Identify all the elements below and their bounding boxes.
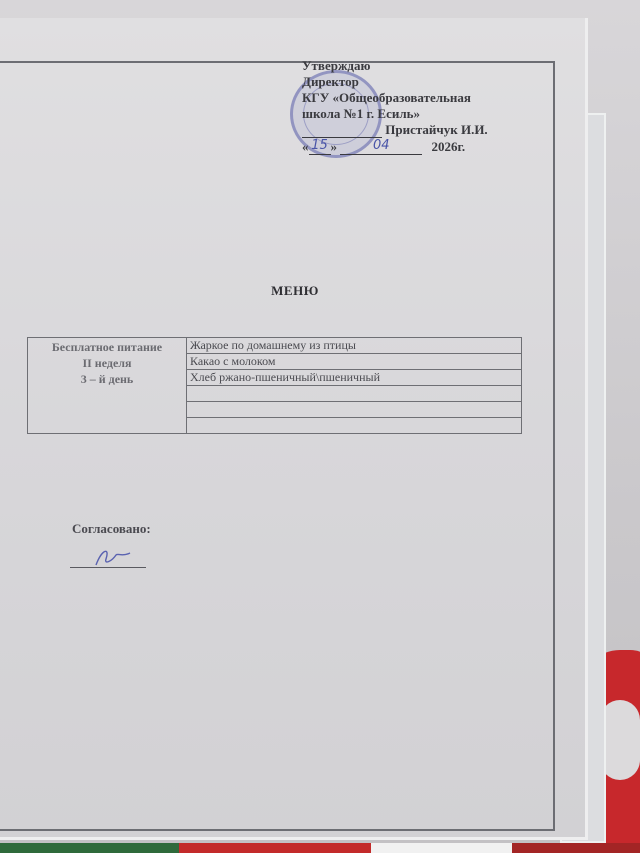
- approval-line-2: Директор: [302, 74, 542, 90]
- page-border: [0, 61, 555, 831]
- page-title: МЕНЮ: [240, 283, 350, 299]
- approval-line-1: Утверждаю: [302, 58, 542, 74]
- date-year: 2026г.: [426, 139, 466, 154]
- menu-item: Жаркое по домашнему из птицы: [187, 338, 522, 354]
- menu-category-cell: Бесплатное питание II неделя 3 – й день: [28, 338, 187, 434]
- approval-block: Утверждаю Директор КГУ «Общеобразователь…: [302, 58, 542, 155]
- menu-item: [187, 386, 522, 402]
- category-line-2: II неделя: [31, 355, 183, 371]
- table-row: Бесплатное питание II неделя 3 – й день …: [28, 338, 522, 354]
- date-line: «15» 04 2026г.: [302, 138, 542, 155]
- approval-line-3: КГУ «Общеобразовательная: [302, 90, 542, 106]
- menu-table: Бесплатное питание II неделя 3 – й день …: [27, 337, 522, 434]
- menu-item: [187, 402, 522, 418]
- menu-item: Какао с молоком: [187, 354, 522, 370]
- date-month: 04: [340, 138, 422, 155]
- signatory-line: Пристайчук И.И.: [302, 122, 542, 138]
- menu-item: [187, 418, 522, 434]
- white-decoration: [600, 700, 640, 780]
- approval-line-4: школа №1 г. Есиль»: [302, 106, 542, 122]
- colored-strip: [0, 843, 640, 853]
- category-line-3: 3 – й день: [31, 371, 183, 387]
- quote-close: »: [331, 139, 338, 154]
- date-day: 15: [309, 138, 331, 155]
- agreed-label: Согласовано:: [72, 521, 151, 537]
- menu-item: Хлеб ржано-пшеничный\пшеничный: [187, 370, 522, 386]
- signatory-name: Пристайчук И.И.: [385, 122, 487, 137]
- signature-scribble-icon: [92, 545, 132, 567]
- category-line-1: Бесплатное питание: [31, 339, 183, 355]
- agreed-signature-line: [70, 551, 146, 568]
